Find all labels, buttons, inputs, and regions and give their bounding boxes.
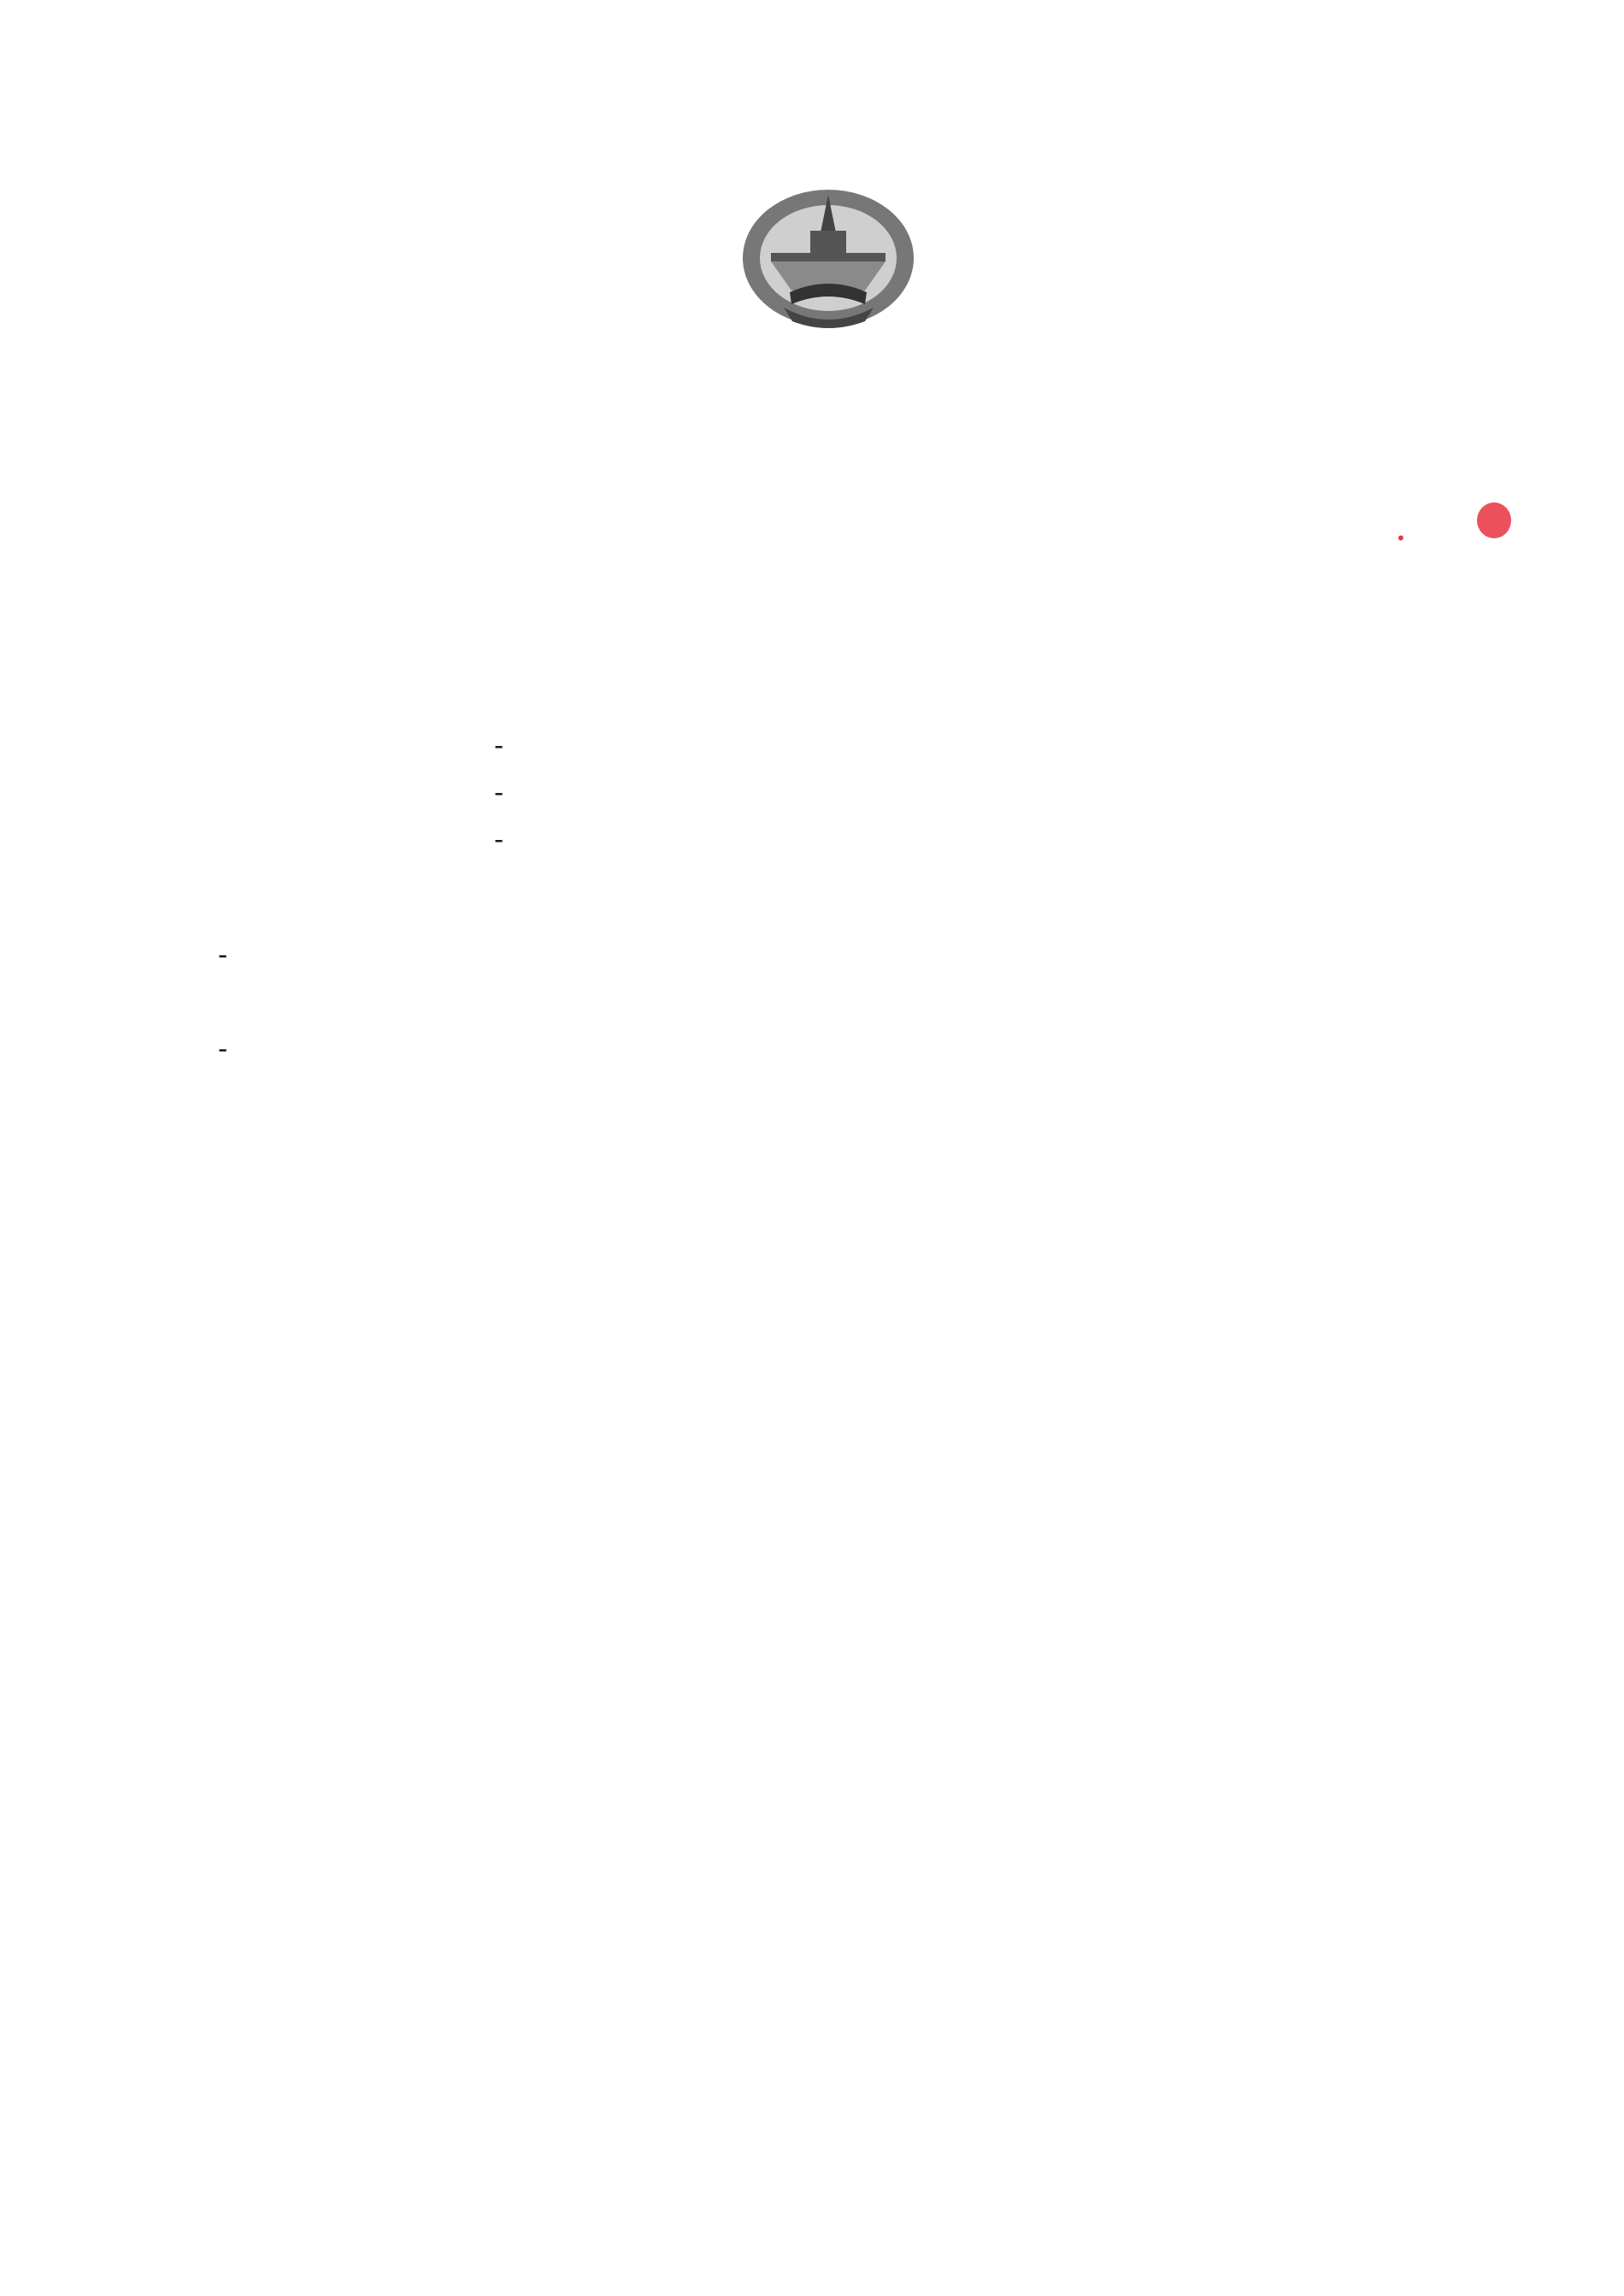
stamp-smudge bbox=[1477, 502, 1511, 538]
bullet: - bbox=[494, 778, 503, 808]
national-emblem-icon bbox=[737, 179, 921, 333]
bullet: - bbox=[218, 1034, 227, 1065]
bullet: - bbox=[494, 825, 503, 855]
bullet: - bbox=[494, 731, 503, 761]
bullet: - bbox=[218, 940, 227, 971]
stamp-dot: • bbox=[1396, 528, 1406, 549]
